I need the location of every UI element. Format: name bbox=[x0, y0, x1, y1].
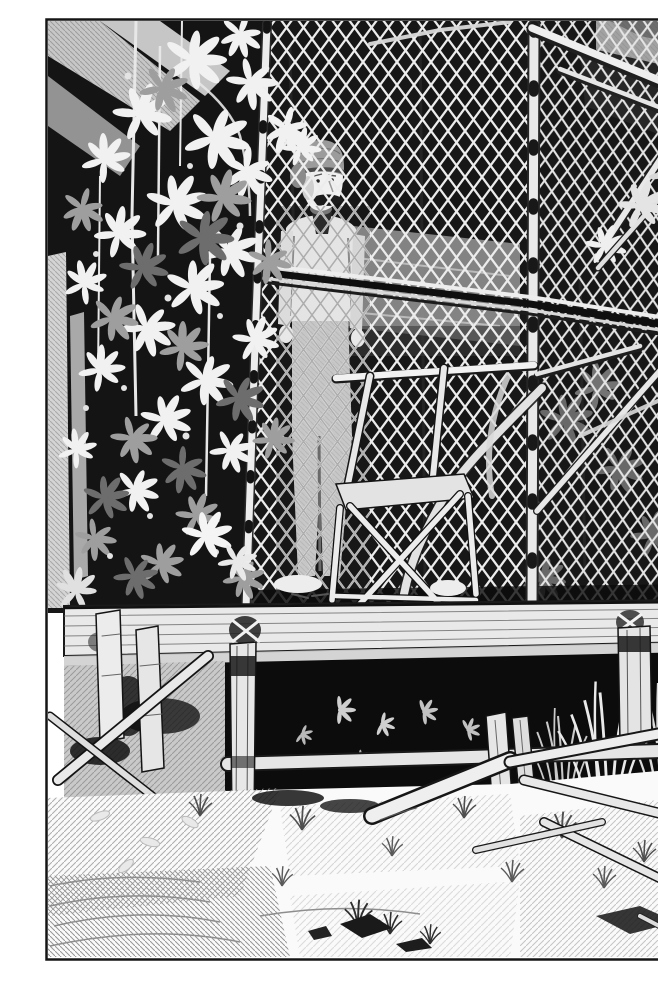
engraving-illustration: A mustached man wearing a cap and a ligh… bbox=[40, 16, 658, 966]
engraving-canvas bbox=[40, 16, 658, 966]
enclosure-corner-post bbox=[532, 26, 534, 611]
man-feet-highlight bbox=[274, 575, 322, 593]
support-post-right bbox=[618, 626, 652, 742]
